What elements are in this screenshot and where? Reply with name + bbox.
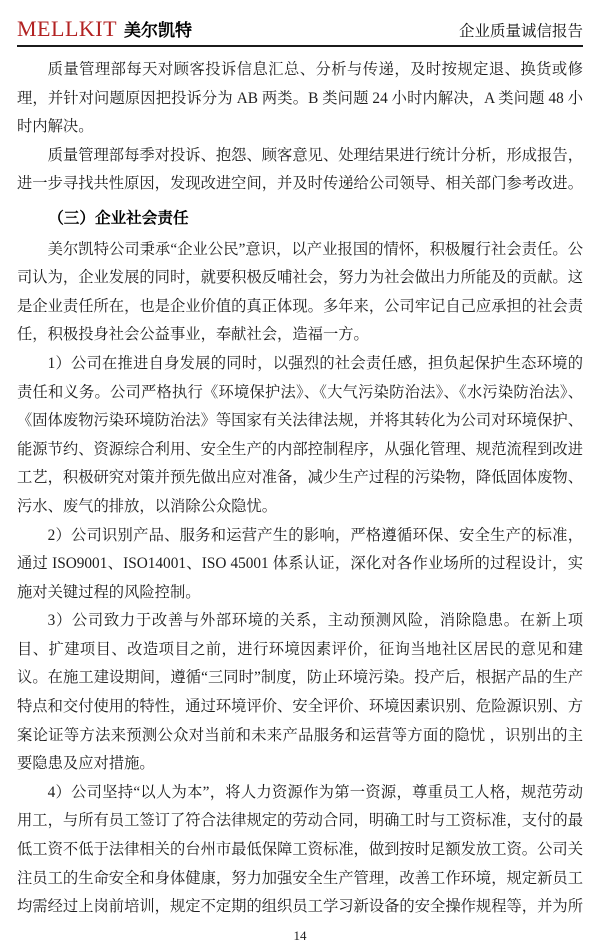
paragraph-complaint-quarterly: 质量管理部每季对投诉、抱怨、顾客意见、处理结果进行统计分析，形成报告，进一步寻找… — [17, 142, 583, 199]
document-page: MELLKIT 美尔凯特 企业质量诚信报告 质量管理部每天对顾客投诉信息汇总、分… — [0, 0, 600, 951]
document-body: 质量管理部每天对顾客投诉信息汇总、分析与传递，及时按规定退、换货或修理，并针对问… — [17, 56, 583, 922]
paragraph-item1-environment: 1）公司在推进自身发展的同时，以强烈的社会责任感，担负起保护生态环境的责任和义务… — [17, 350, 583, 522]
paragraph-item2-certifications: 2）公司识别产品、服务和运营产生的影响，严格遵循环保、安全生产的标准，通过 IS… — [17, 522, 583, 608]
section-heading-csr: （三）企业社会责任 — [17, 205, 583, 234]
paragraph-item4-employees: 4）公司坚持“以人为本”，将人力资源作为第一资源，尊重员工人格，规范劳动用工，与… — [17, 779, 583, 922]
logo-latin-text: MELLKIT — [17, 18, 117, 40]
page-number: 14 — [0, 929, 600, 942]
paragraph-item3-external-environment: 3）公司致力于改善与外部环境的关系，主动预测风险，消除隐患。在新上项目、扩建项目… — [17, 607, 583, 779]
paragraph-complaint-daily: 质量管理部每天对顾客投诉信息汇总、分析与传递，及时按规定退、换货或修理，并针对问… — [17, 56, 583, 142]
paragraph-csr-intro: 美尔凯特公司秉承“企业公民”意识，以产业报国的情怀，积极履行社会责任。公司认为，… — [17, 236, 583, 350]
document-title: 企业质量诚信报告 — [459, 24, 583, 41]
page-header: MELLKIT 美尔凯特 企业质量诚信报告 — [17, 9, 583, 47]
company-logo: MELLKIT 美尔凯特 — [17, 18, 192, 40]
logo-chinese-text: 美尔凯特 — [124, 22, 192, 39]
